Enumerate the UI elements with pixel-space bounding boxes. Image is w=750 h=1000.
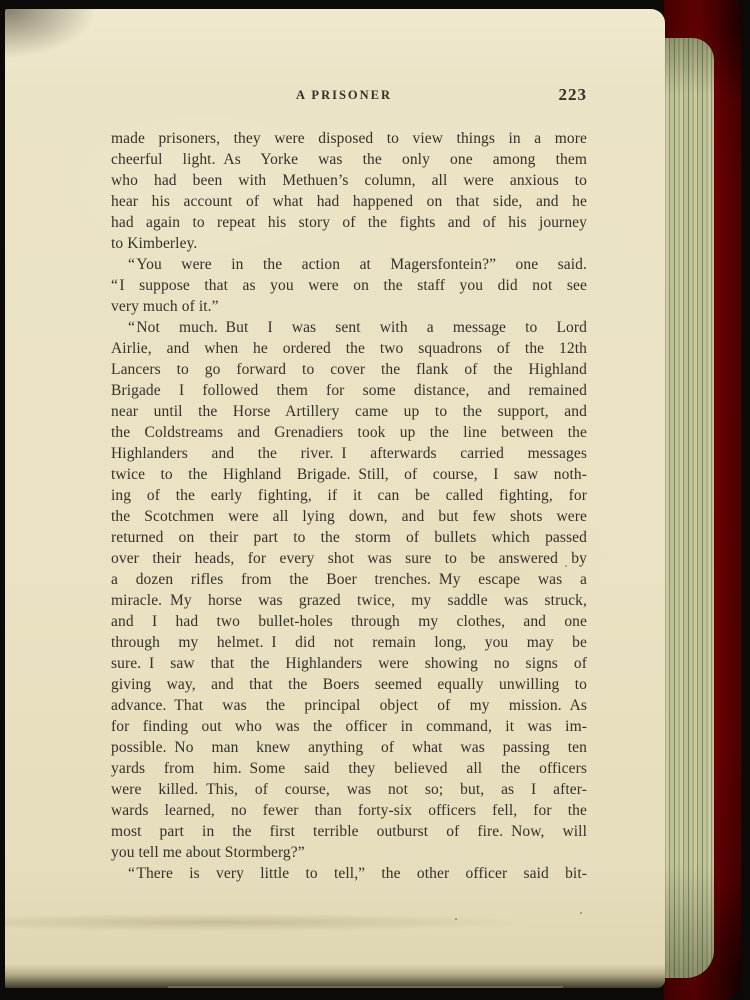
text-line: near until the Horse Artillery came up t… [111, 401, 587, 422]
text-line: cheerful light. As Yorke was the only on… [111, 149, 587, 170]
page-header: A PRISONER 223 [111, 88, 587, 112]
text-line: you tell me about Stormberg?” [111, 842, 587, 863]
text-line: very much of it.” [111, 296, 587, 317]
text-line: “ I suppose that as you were on the staf… [111, 275, 587, 296]
book-page: A PRISONER 223 made prisoners, they were… [5, 9, 665, 988]
body-text: made prisoners, they were disposed to vi… [111, 128, 587, 884]
text-line: twice to the Highland Brigade. Still, of… [111, 464, 587, 485]
text-line: who had been with Methuen’s column, all … [111, 170, 587, 191]
running-title: A PRISONER [106, 88, 582, 103]
text-line: Airlie, and when he ordered the two squa… [111, 338, 587, 359]
text-line: hear his account of what had happened on… [111, 191, 587, 212]
text-line: Brigade I followed them for some distanc… [111, 380, 587, 401]
page-bottom-edge [168, 986, 563, 988]
scan-speck [455, 918, 457, 920]
text-line: had again to repeat his story of the fig… [111, 212, 587, 233]
scan-speck [565, 565, 567, 567]
text-line: and I had two bullet-holes through my cl… [111, 611, 587, 632]
text-line: most part in the first terrible outburst… [111, 821, 587, 842]
book-scan: A PRISONER 223 made prisoners, they were… [0, 0, 750, 1000]
text-line: were killed. This, of course, was not so… [111, 779, 587, 800]
text-line: possible. No man knew anything of what w… [111, 737, 587, 758]
text-line: wards learned, no fewer than forty-six o… [111, 800, 587, 821]
text-line: made prisoners, they were disposed to vi… [111, 128, 587, 149]
text-line: a dozen rifles from the Boer trenches. M… [111, 569, 587, 590]
text-line: the Scotchmen were all lying down, and b… [111, 506, 587, 527]
text-line: miracle. My horse was grazed twice, my s… [111, 590, 587, 611]
text-line: “ Not much. But I was sent with a messag… [111, 317, 587, 338]
text-line: returned on their part to the storm of b… [111, 527, 587, 548]
text-line: through my helmet. I did not remain long… [111, 632, 587, 653]
text-line: Lancers to go forward to cover the flank… [111, 359, 587, 380]
scan-speck [580, 912, 582, 914]
text-line: over their heads, for every shot was sur… [111, 548, 587, 569]
text-line: ing of the early fighting, if it can be … [111, 485, 587, 506]
text-line: advance. That was the principal object o… [111, 695, 587, 716]
text-line: for finding out who was the officer in c… [111, 716, 587, 737]
text-line: the Coldstreams and Grenadiers took up t… [111, 422, 587, 443]
text-line: Highlanders and the river. I afterwards … [111, 443, 587, 464]
text-line: to Kimberley. [111, 233, 587, 254]
text-line: sure. I saw that the Highlanders were sh… [111, 653, 587, 674]
text-line: “ There is very little to tell,” the oth… [111, 863, 587, 884]
page-number: 223 [559, 85, 588, 105]
text-line: giving way, and that the Boers seemed eq… [111, 674, 587, 695]
text-line: yards from him. Some said they believed … [111, 758, 587, 779]
text-line: “ You were in the action at Magersfontei… [111, 254, 587, 275]
